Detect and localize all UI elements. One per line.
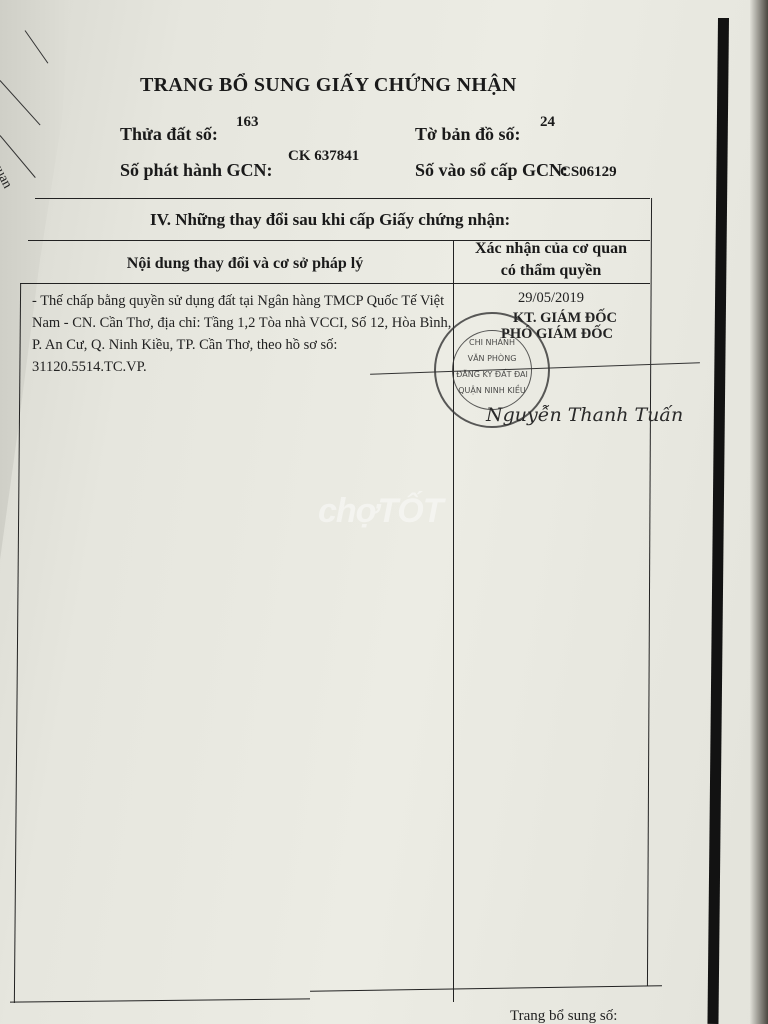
issue-number-label: Số phát hành GCN: [120, 160, 273, 181]
supplement-page-footer: Trang bổ sung số: [510, 1008, 617, 1024]
curled-page-text: quan [0, 160, 15, 192]
register-number-label: Số vào sổ cấp GCN: [415, 160, 568, 181]
stamp-text-line4: QUẬN NINH KIỀU [452, 386, 532, 395]
table-top-border [35, 198, 650, 199]
confirm-column-header-line2: có thẩm quyền [456, 262, 646, 280]
table-header-divider [20, 283, 650, 284]
content-column-header: Nội dung thay đổi và cơ sở pháp lý [40, 255, 450, 273]
signer-name: Nguyễn Thanh Tuấn [486, 404, 683, 426]
change-entry-content: - Thế chấp bằng quyền sử dụng đất tại Ng… [32, 290, 452, 378]
watermark-logo: chợTỐT [318, 492, 443, 531]
map-sheet-label: Tờ bản đồ số: [415, 124, 521, 145]
parcel-number-label: Thửa đất số: [120, 124, 218, 145]
document-title: TRANG BỔ SUNG GIẤY CHỨNG NHẬN [140, 74, 517, 97]
parcel-number-value: 163 [236, 114, 259, 131]
confirm-date: 29/05/2019 [456, 290, 646, 307]
stamp-text-line2: VĂN PHÒNG [452, 354, 532, 363]
page-edge [750, 0, 768, 1024]
confirm-column-header-line1: Xác nhận của cơ quan [456, 240, 646, 258]
map-sheet-value: 24 [540, 114, 555, 131]
issue-number-value: CK 637841 [288, 148, 359, 165]
register-number-value: CS06129 [560, 164, 617, 181]
section-title: IV. Những thay đổi sau khi cấp Giấy chứn… [150, 210, 510, 230]
stamp-text-line1: CHI NHÁNH [452, 338, 532, 347]
